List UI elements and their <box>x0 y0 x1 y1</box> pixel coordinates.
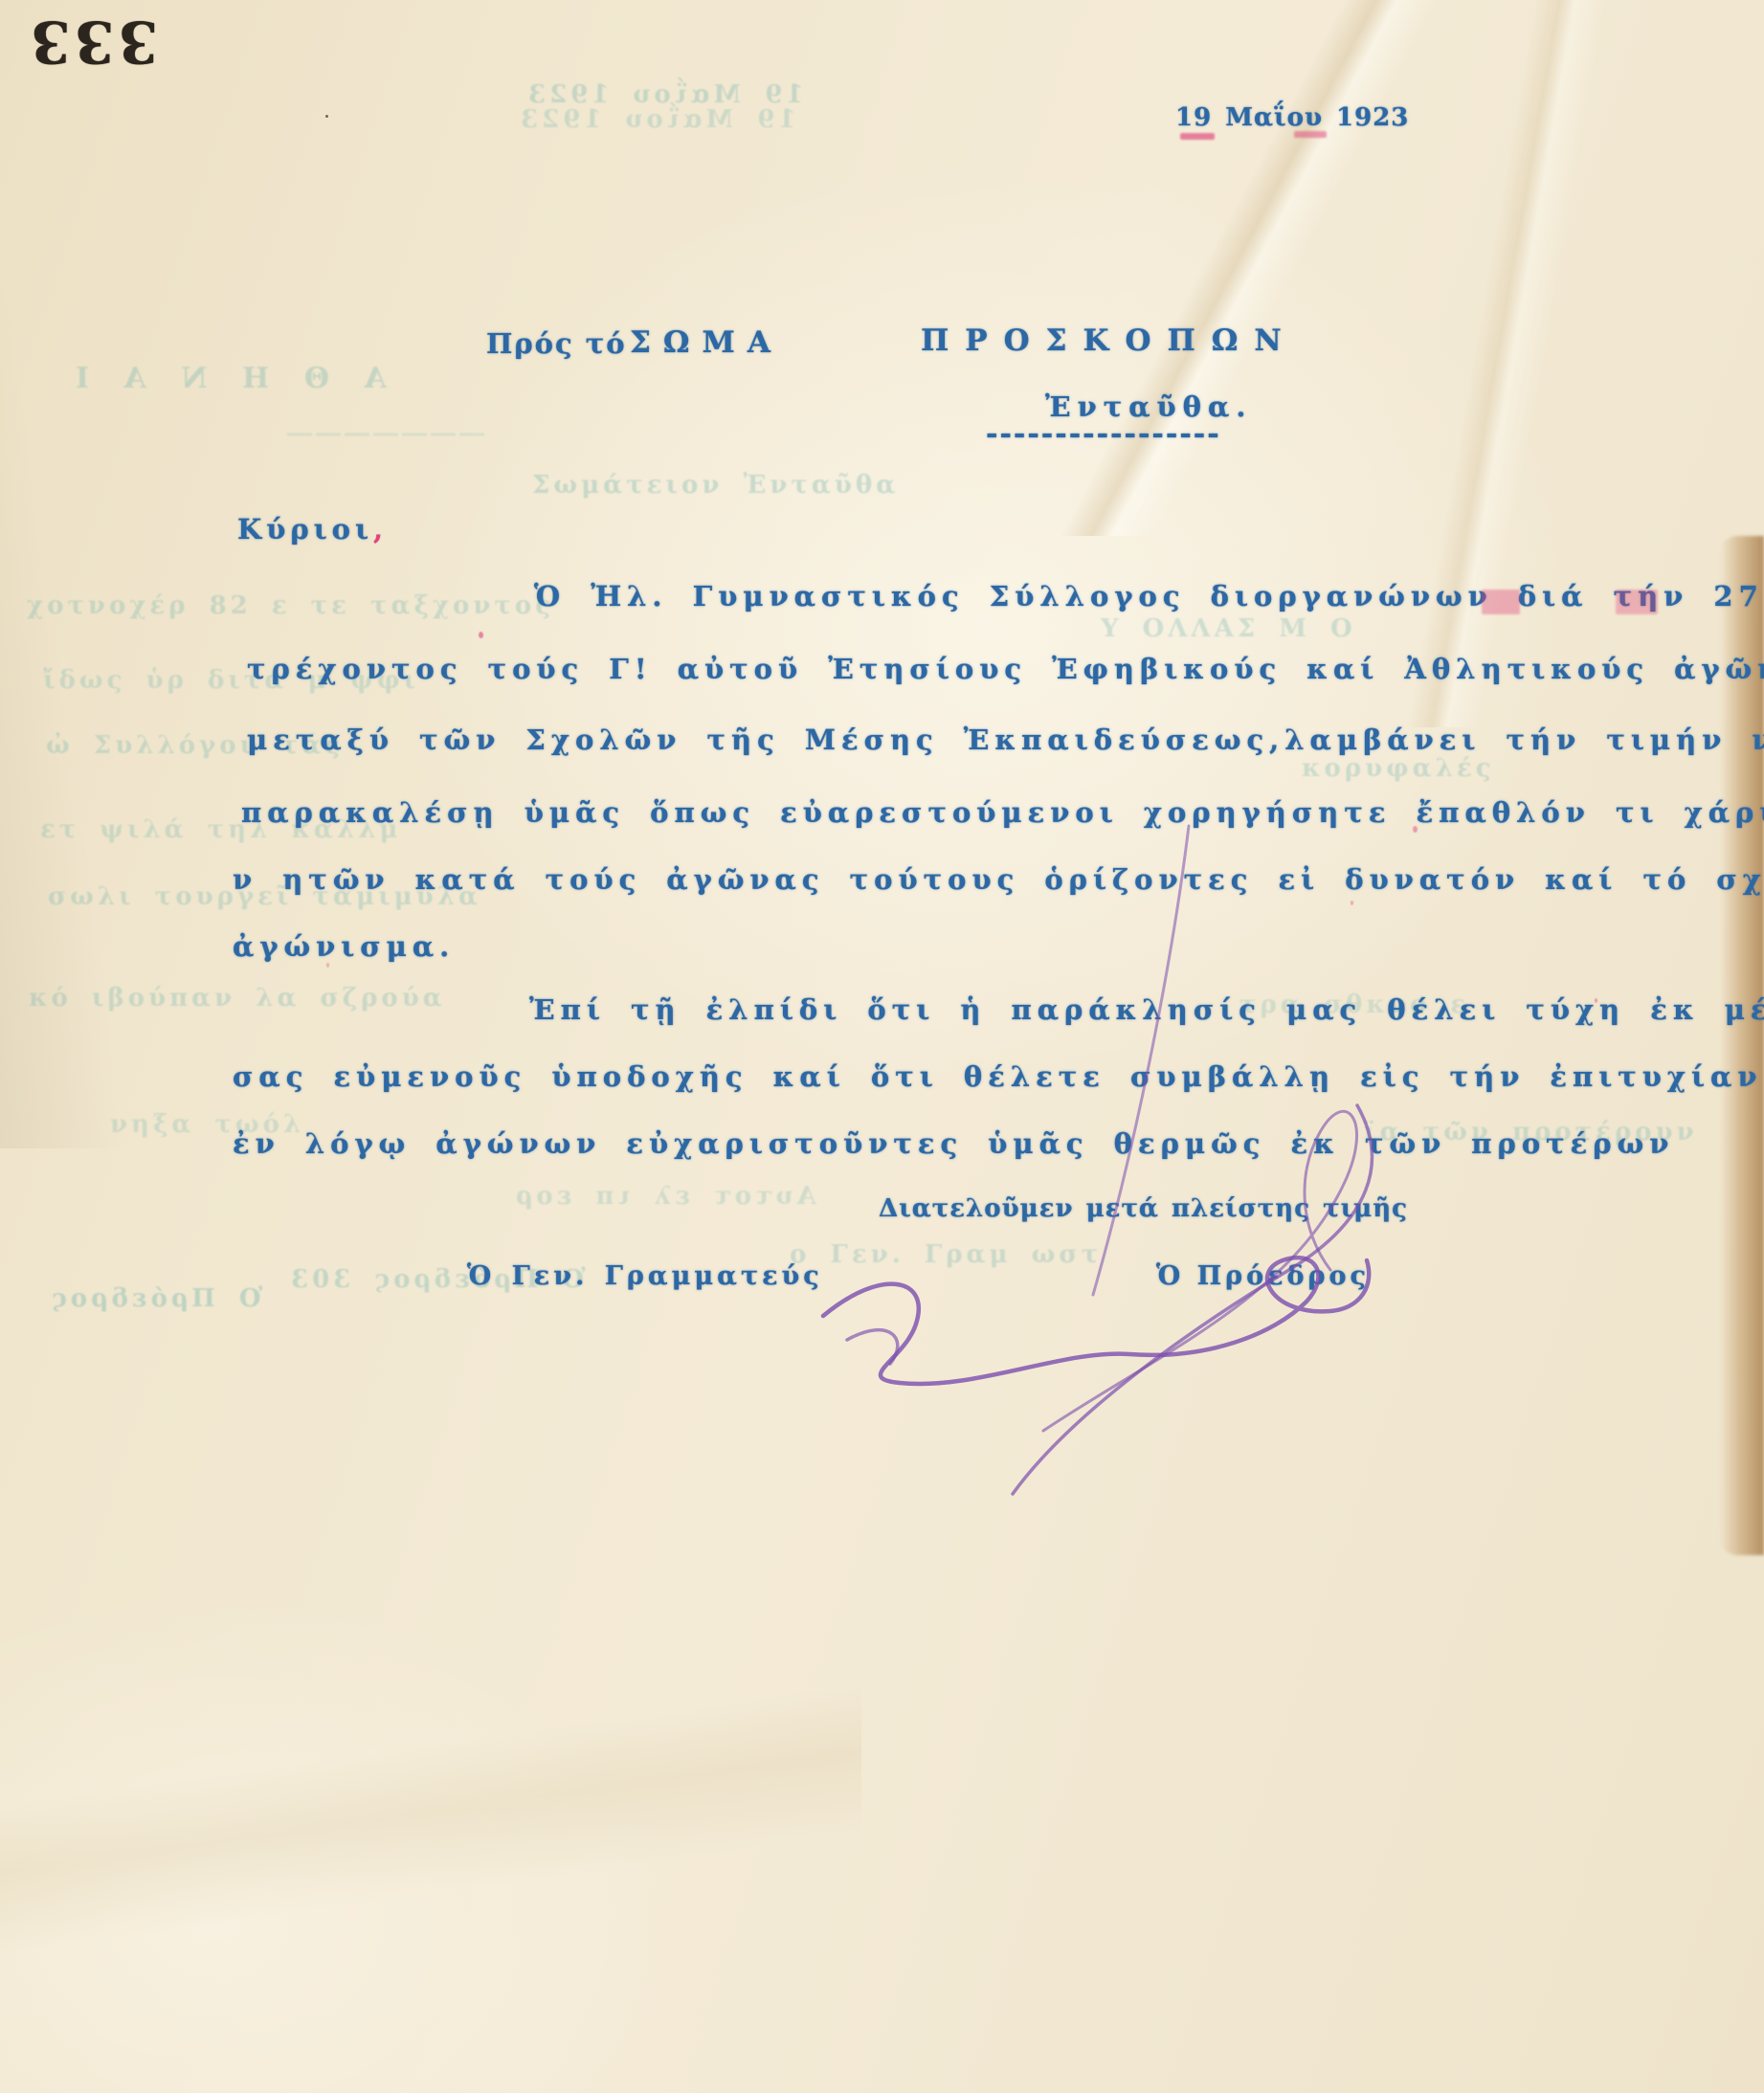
body-line: τρέχοντος τούς Γ! αὐτοῦ Ἐτησίους Ἐφηβικο… <box>247 653 1764 685</box>
paper-crease <box>861 0 1627 536</box>
red-underline-mark <box>1294 131 1327 138</box>
red-ink-speck <box>479 632 483 638</box>
president-signature <box>756 818 1388 1517</box>
recipient-prefix: Πρός τό <box>486 327 627 360</box>
ghost-text: Α Θ Η Ν Α Ι <box>67 362 387 395</box>
recipient-org-word1: ΣΩΜΑ <box>630 325 783 360</box>
red-underline-mark <box>1180 133 1215 140</box>
body-line: Ὁ Ἠλ. Γυμναστικός Σύλλογος διοργανώνων δ… <box>534 580 1764 612</box>
ghost-text: 19 Μαΐου 1923 <box>517 105 795 134</box>
ghost-text: κορυφαλές <box>1302 754 1495 783</box>
paper-crease <box>0 287 249 1148</box>
ghost-text: Ὁ Πρόεδρος <box>48 1284 262 1313</box>
salutation: Κύριοι, <box>237 513 388 546</box>
paper-speck <box>325 115 328 118</box>
ghost-text: κό ιβούπαν λα σζρούα <box>29 984 446 1013</box>
ghost-text: ――――――― <box>287 419 488 448</box>
recipient-org-word2: ΠΡΟΣΚΟΠΩΝ <box>921 323 1298 358</box>
salutation-comma: , <box>373 513 388 546</box>
paper-crease <box>0 1531 861 2093</box>
salutation-word: Κύριοι <box>237 513 373 546</box>
letter-page: 19 Μαΐου 1923 19 Μαΐου 1923 Α Θ Η Ν Α Ι … <box>0 0 1764 2093</box>
ghost-text: Υ ΟΛΛΑΣ Μ Ο <box>1101 614 1356 643</box>
body-line: μεταξύ τῶν Σχολῶν τῆς Μέσης Ἐκπαιδεύσεως… <box>247 724 1764 756</box>
red-overtype-mark <box>1482 590 1520 614</box>
letter-date: 19 Μαΐου 1923 <box>1175 103 1409 132</box>
ghost-text: Σωμάτειον Ἐνταῦθα <box>532 471 899 500</box>
page-edge-shadow <box>1720 536 1764 1555</box>
body-line: ἀγώνισμα. <box>233 930 455 963</box>
typed-divider: ----------------- <box>986 417 1221 451</box>
ghost-text: χοτνοχέρ 82 ε τε ταξχοντος <box>27 591 554 620</box>
red-overtype-mark <box>1616 590 1658 614</box>
page-number-stamp: 333 <box>27 8 158 75</box>
